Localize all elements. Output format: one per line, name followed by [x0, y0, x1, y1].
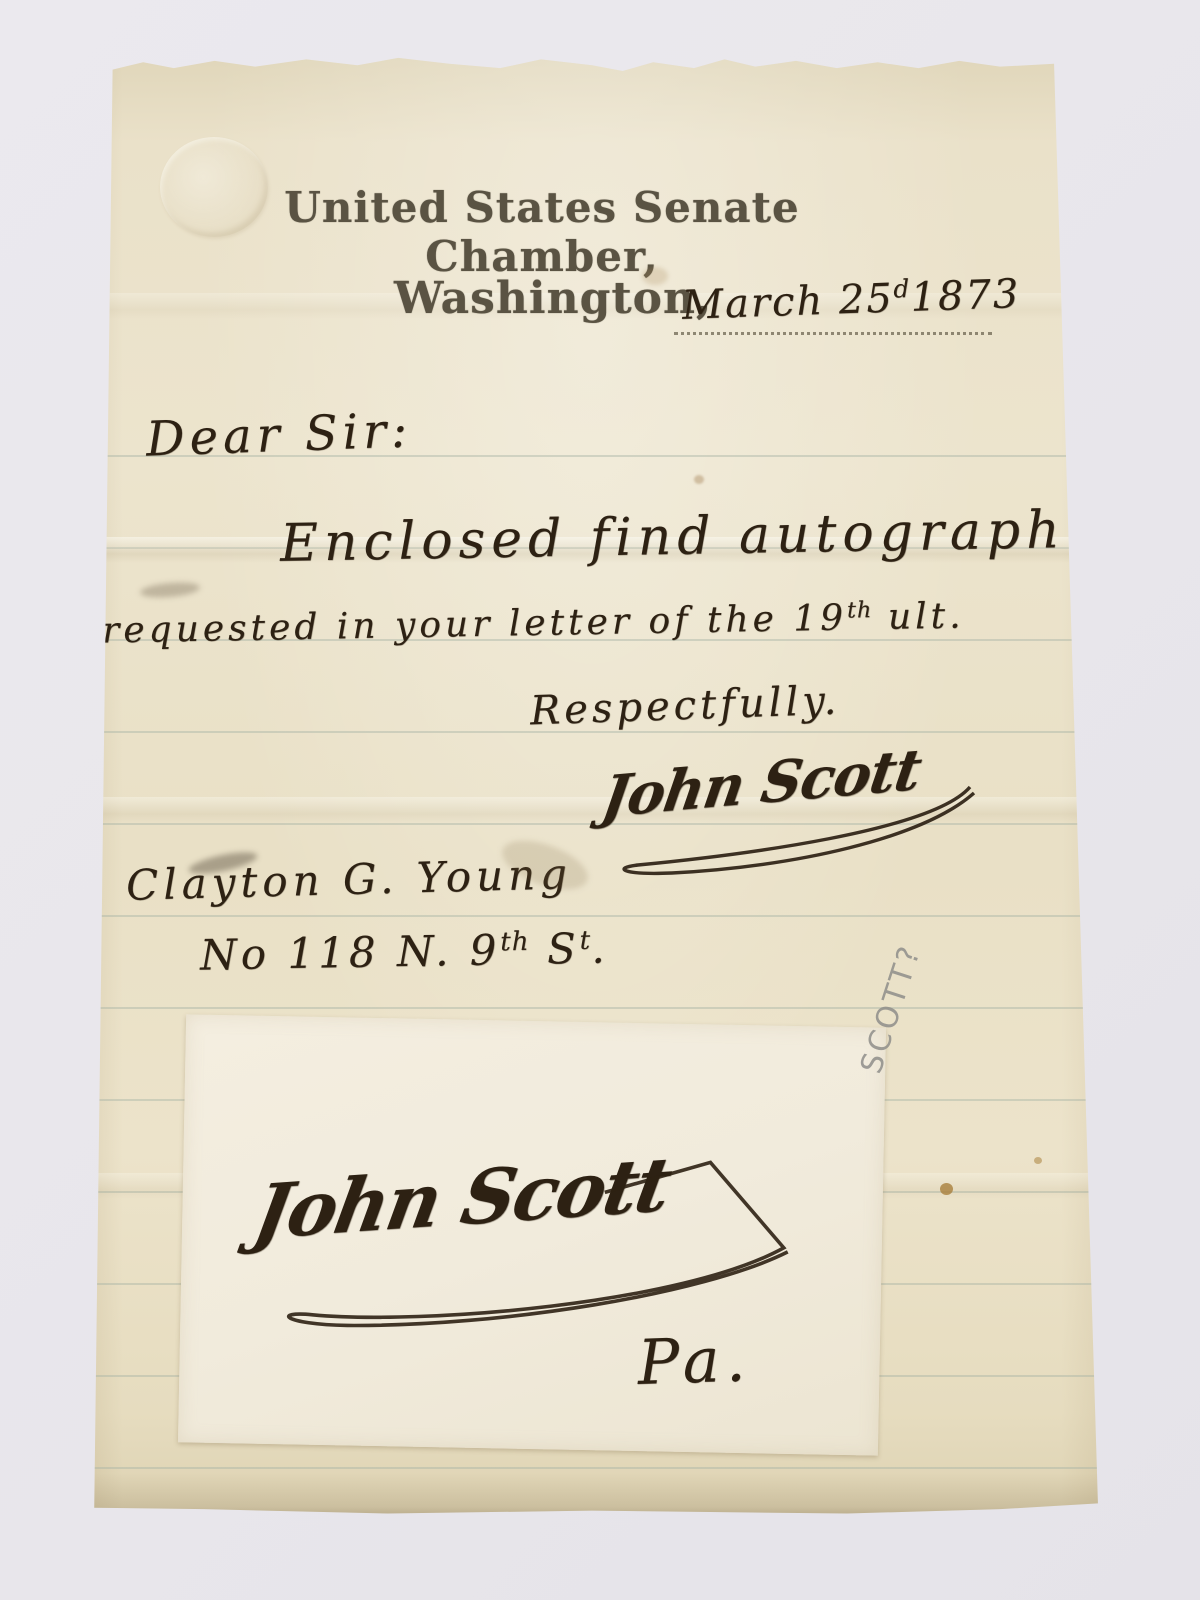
body-line-2-text: requested in your letter of the 19	[102, 598, 848, 652]
recipient-address-superscript-2: t	[579, 925, 591, 955]
signature-flourish	[602, 747, 1002, 887]
paper-bottom-shadow	[82, 1473, 1102, 1515]
salutation: Dear Sir:	[145, 402, 413, 467]
letter-signature: John Scott	[602, 747, 1002, 887]
ink-smudge	[140, 580, 201, 599]
date-year: 1873	[910, 271, 1021, 321]
recipient-address: No 118 N. 9th St.	[200, 923, 609, 979]
recipient-name: Clayton G. Young	[125, 849, 572, 910]
date-superscript: d	[893, 274, 911, 304]
recipient-address-street: S	[529, 924, 580, 974]
autograph-card: John Scott Pa.	[178, 1014, 886, 1455]
recipient-address-text: No 118 N. 9	[200, 925, 501, 979]
date-text: March 25	[681, 276, 894, 329]
body-line-2-superscript: th	[847, 597, 873, 623]
closing: Respectfully.	[529, 678, 841, 735]
recipient-address-superscript: th	[500, 927, 530, 958]
body-line-1: Enclosed find autograph	[280, 500, 1067, 574]
pencil-annotation: SCOTT?	[854, 940, 929, 1078]
recipient-address-period: .	[591, 923, 609, 972]
card-state: Pa.	[636, 1322, 752, 1399]
stain-dot	[694, 475, 704, 484]
body-line-2: requested in your letter of the 19th ult…	[102, 595, 965, 651]
stain-dot	[1034, 1157, 1042, 1164]
stain-dot	[940, 1183, 953, 1195]
photo-background: United States Senate Chamber, Washington…	[0, 0, 1200, 1600]
body-line-2-end: ult.	[872, 595, 965, 638]
letter-paper: United States Senate Chamber, Washington…	[82, 55, 1102, 1515]
letterhead-line2: Washington,	[394, 273, 712, 324]
